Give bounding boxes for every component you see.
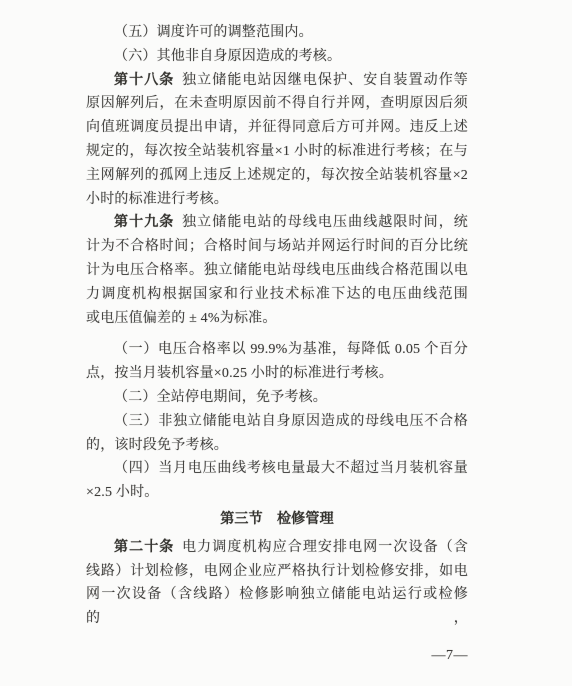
text-line: 第二十条电力调度机构应合理安排电网一次设备（含 — [86, 536, 468, 560]
text-line: 线路）计划检修，电网企业应严格执行计划检修安排，如电 — [86, 560, 468, 584]
text-line: 力调度机构根据国家和行业技术标准下达的电压曲线范围 — [86, 283, 468, 307]
text-line: 或电压值偏差的 ± 4%为标准。 — [86, 307, 468, 331]
text-line: 的，该时段免予考核。 — [86, 434, 468, 458]
text-line: 第十九条独立储能电站的母线电压曲线越限时间，统 — [86, 211, 468, 235]
text-line: 原因解列后，在未查明原因前不得自行并网，查明原因后须 — [86, 92, 468, 116]
text-line: （二）全站停电期间，免予考核。 — [86, 386, 468, 410]
text-line: 小时的标准进行考核。 — [86, 188, 468, 212]
text-line: 计为电压合格率。独立储能电站母线电压曲线合格范围以电 — [86, 259, 468, 283]
line-text: 独立储能电站因继电保护、安自装置动作等 — [182, 73, 468, 88]
text-line: ×2.5 小时。 — [86, 481, 468, 505]
article-number: 第二十条 — [114, 540, 174, 555]
text-line: （五）调度许可的调整范围内。 — [86, 21, 468, 45]
text-line: 点，按当月装机容量×0.25 小时的标准进行考核。 — [86, 362, 468, 386]
text-line: 计为不合格时间；合格时间与场站并网运行时间的百分比统 — [86, 235, 468, 259]
text-line: 向值班调度员提出申请，并征得同意后方可并网。违反上述 — [86, 116, 468, 140]
text-line: 网一次设备（含线路）检修影响独立储能电站运行或检修的， — [86, 583, 468, 607]
text-line: （六）其他非自身原因造成的考核。 — [86, 45, 468, 69]
section-heading: 第三节 检修管理 — [86, 508, 468, 532]
article-number: 第十八条 — [114, 73, 174, 88]
text-line: 主网解列的孤网上违反上述规定的，每次按全站装机容量×2 — [86, 164, 468, 188]
page-number: —7— — [86, 644, 468, 667]
text-line: （一）电压合格率以 99.9%为基准，每降低 0.05 个百分 — [86, 338, 468, 362]
article-number: 第十九条 — [114, 215, 174, 230]
line-text: 独立储能电站的母线电压曲线越限时间，统 — [182, 215, 468, 230]
text-line: 第十八条独立储能电站因继电保护、安自装置动作等 — [86, 69, 468, 93]
text-line: （四）当月电压曲线考核电量最大不超过当月装机容量 — [86, 457, 468, 481]
text-line: 规定的，每次按全站装机容量×1 小时的标准进行考核；在与 — [86, 140, 468, 164]
line-text: 电力调度机构应合理安排电网一次设备（含 — [182, 540, 468, 555]
document-page: （五）调度许可的调整范围内。（六）其他非自身原因造成的考核。第十八条独立储能电站… — [0, 0, 572, 686]
text-line: （三）非独立储能电站自身原因造成的母线电压不合格 — [86, 410, 468, 434]
document-text-block: （五）调度许可的调整范围内。（六）其他非自身原因造成的考核。第十八条独立储能电站… — [86, 21, 468, 607]
